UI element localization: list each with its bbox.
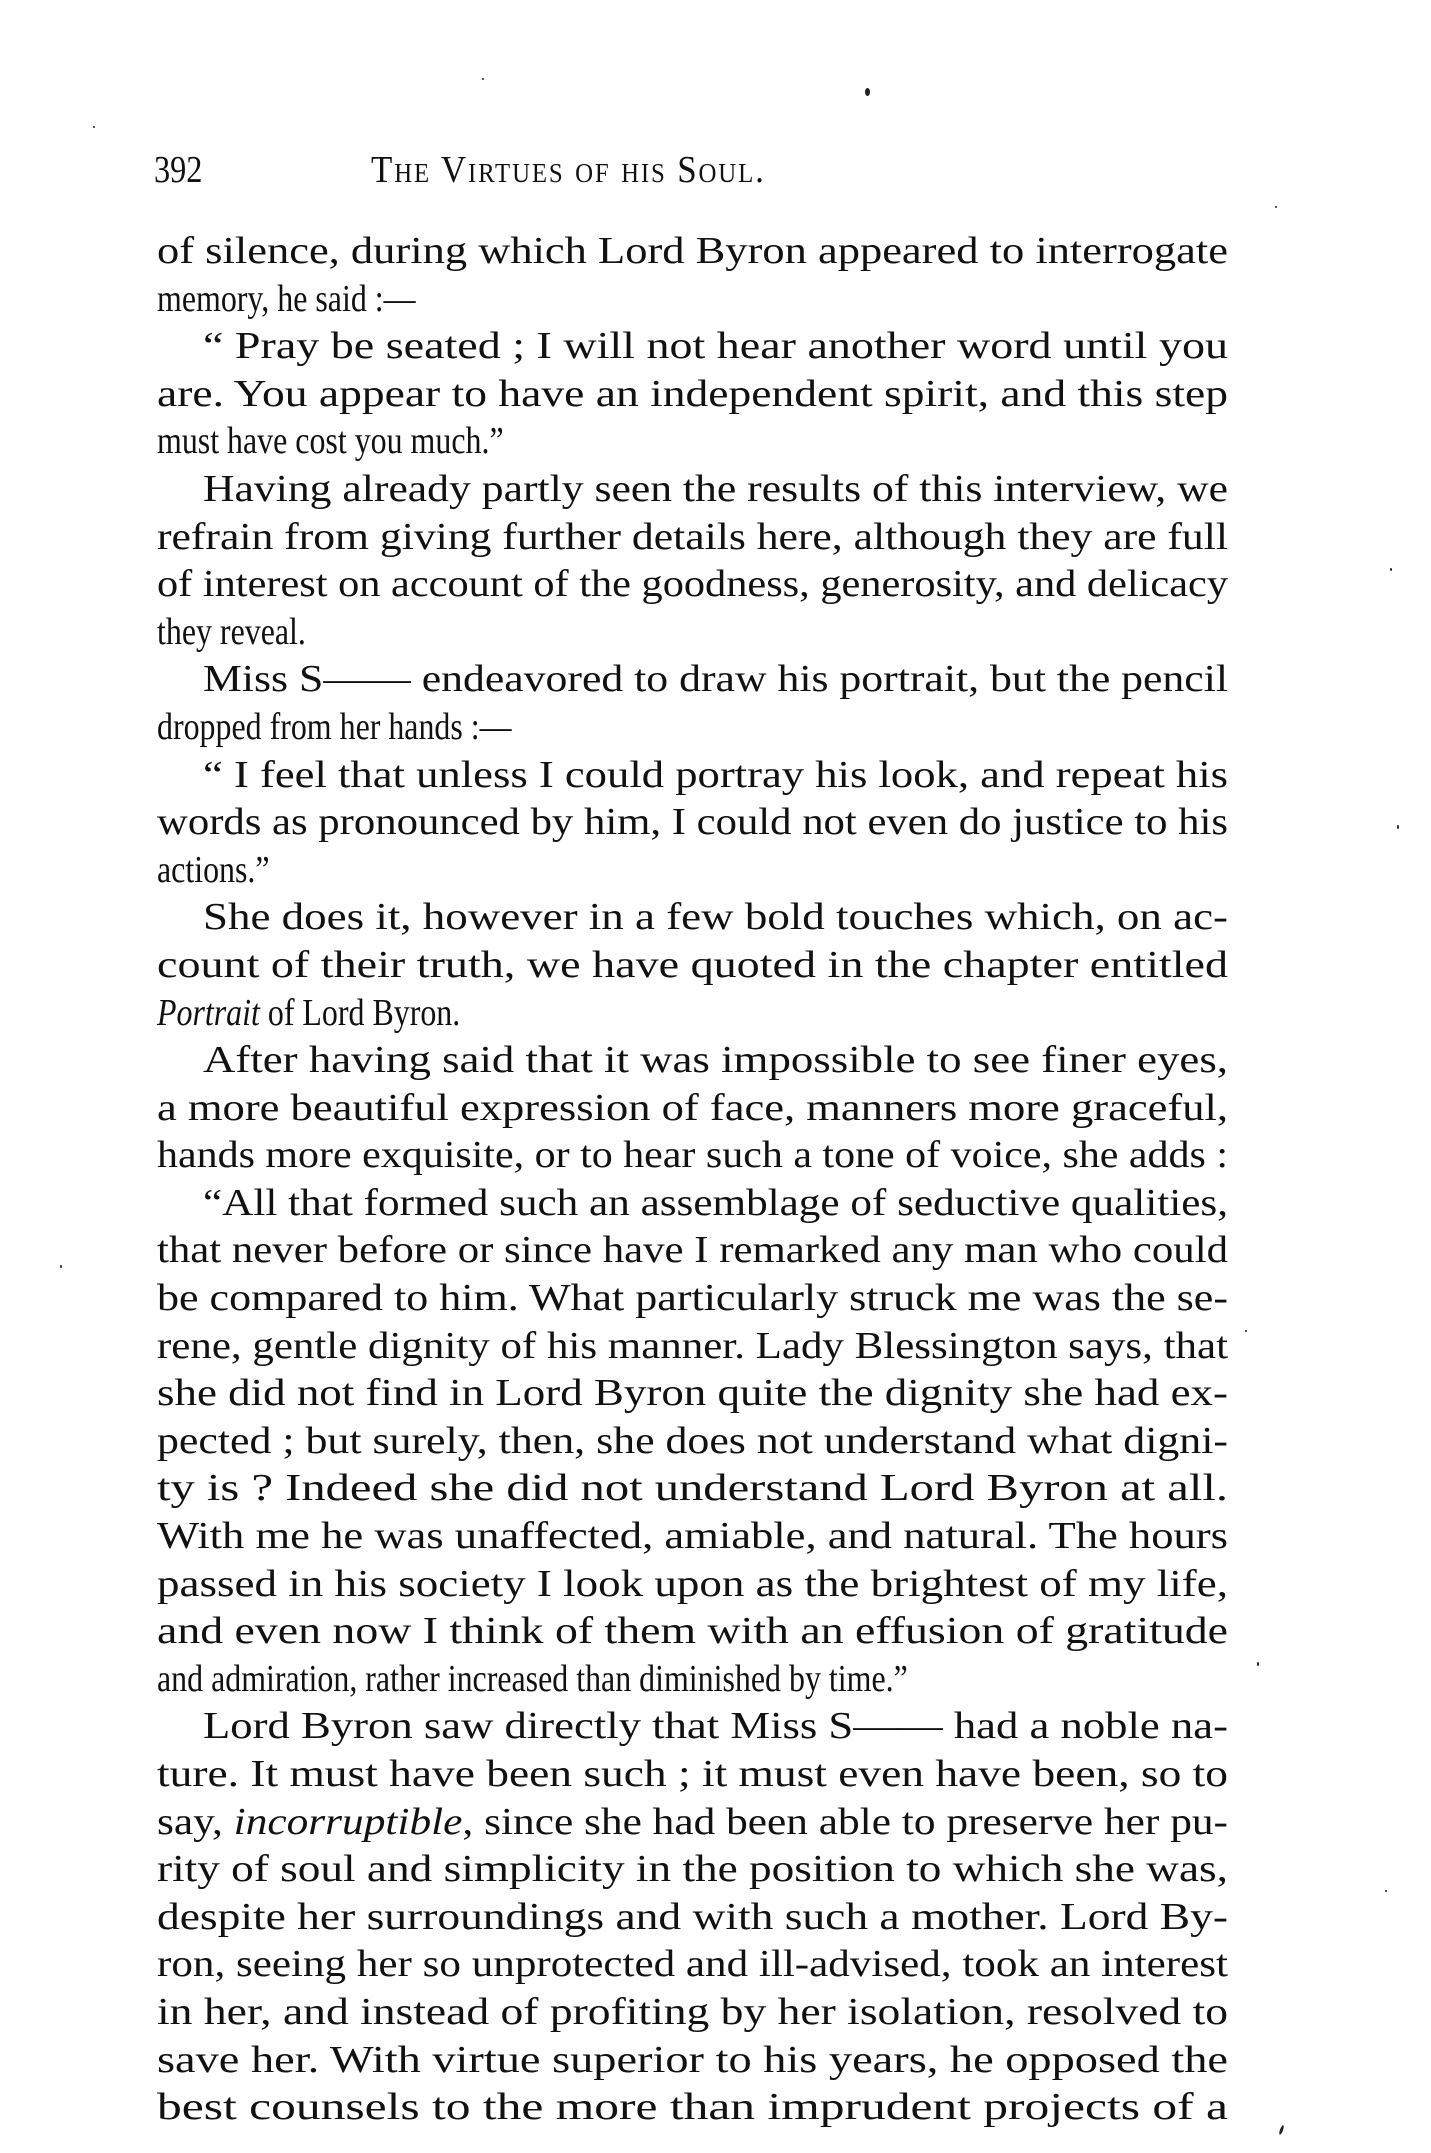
line-text: words as pronounced by him, I could not … bbox=[157, 799, 1228, 847]
text-line: must have cost you much.” bbox=[157, 418, 1228, 466]
text-line: passed in his society I look upon as the… bbox=[157, 1561, 1228, 1609]
line-text: a more beautiful expression of face, man… bbox=[157, 1085, 1228, 1133]
line-text: passed in his society I look upon as the… bbox=[157, 1561, 1228, 1609]
line-text: and even now I think of them with an eff… bbox=[157, 1608, 1228, 1656]
text-line: in her, and instead of profiting by her … bbox=[157, 1989, 1228, 2037]
text-line: and even now I think of them with an eff… bbox=[157, 1608, 1228, 1656]
text-line: and admiration, rather increased than di… bbox=[157, 1656, 1228, 1704]
line-text: hands more exquisite, or to hear such a … bbox=[157, 1132, 1228, 1180]
line-text: “All that formed such an assemblage of s… bbox=[203, 1180, 1228, 1228]
scan-speck bbox=[1385, 1890, 1387, 1892]
line-text: dropped from her hands :— bbox=[157, 704, 512, 752]
text-line: say, incorruptible, since she had been a… bbox=[157, 1799, 1228, 1847]
line-text: must have cost you much.” bbox=[157, 418, 504, 466]
line-text: be compared to him. What particularly st… bbox=[157, 1275, 1228, 1323]
line-text: She does it, however in a few bold touch… bbox=[203, 894, 1228, 942]
line-text: refrain from giving further details here… bbox=[157, 514, 1228, 562]
text-line: ty is ? Indeed she did not understand Lo… bbox=[157, 1465, 1228, 1513]
line-text: pected ; but surely, then, she does not … bbox=[157, 1418, 1228, 1466]
running-title: The Virtues of his Soul. bbox=[371, 150, 766, 190]
line-text: rity of soul and simplicity in the posit… bbox=[157, 1846, 1228, 1894]
italic-term: incorruptible bbox=[234, 1801, 463, 1843]
line-text: With me he was unaffected, amiable, and … bbox=[157, 1513, 1228, 1561]
text-line: count of their truth, we have quoted in … bbox=[157, 942, 1228, 990]
text-line: they reveal. bbox=[157, 609, 1228, 657]
line-text: say, incorruptible, since she had been a… bbox=[157, 1799, 1228, 1847]
line-text: in her, and instead of profiting by her … bbox=[157, 1989, 1228, 2037]
line-text: of interest on account of the goodness, … bbox=[157, 561, 1228, 609]
text-line: are. You appear to have an independent s… bbox=[157, 371, 1228, 419]
line-text: ty is ? Indeed she did not understand Lo… bbox=[157, 1465, 1228, 1513]
text-line: be compared to him. What particularly st… bbox=[157, 1275, 1228, 1323]
text-line: refrain from giving further details here… bbox=[157, 514, 1228, 562]
line-text: memory, he said :— bbox=[157, 276, 416, 324]
text-line: Portrait of Lord Byron. bbox=[157, 990, 1228, 1038]
line-text: that never before or since have I remark… bbox=[157, 1227, 1228, 1275]
scan-speck bbox=[60, 1265, 62, 1268]
text-line: hands more exquisite, or to hear such a … bbox=[157, 1132, 1228, 1180]
text-line: actions.” bbox=[157, 847, 1228, 895]
text-line: She does it, however in a few bold touch… bbox=[157, 894, 1228, 942]
text-line: “All that formed such an assemblage of s… bbox=[157, 1180, 1228, 1228]
line-text: save her. With virtue superior to his ye… bbox=[157, 2037, 1228, 2085]
line-text: actions.” bbox=[157, 847, 270, 895]
scan-speck bbox=[1397, 825, 1399, 829]
page-header: 392 The Virtues of his Soul. bbox=[154, 150, 1228, 190]
line-text: “ Pray be seated ; I will not hear anoth… bbox=[203, 323, 1228, 371]
line-text: ture. It must have been such ; it must e… bbox=[157, 1751, 1228, 1799]
line-text: of silence, during which Lord Byron appe… bbox=[157, 228, 1228, 276]
text-line: After having said that it was impossible… bbox=[157, 1037, 1228, 1085]
text-line: dropped from her hands :— bbox=[157, 704, 1228, 752]
scan-speck bbox=[93, 126, 95, 128]
line-text: and admiration, rather increased than di… bbox=[157, 1656, 908, 1704]
text-line: Miss S—— endeavored to draw his portrait… bbox=[157, 656, 1228, 704]
text-line: Lord Byron saw directly that Miss S—— ha… bbox=[157, 1703, 1228, 1751]
text-line: memory, he said :— bbox=[157, 276, 1228, 324]
line-text: ron, seeing her so unprotected and ill-a… bbox=[157, 1941, 1228, 1989]
text-line: ture. It must have been such ; it must e… bbox=[157, 1751, 1228, 1799]
line-text: count of their truth, we have quoted in … bbox=[157, 942, 1228, 990]
text-line: she did not find in Lord Byron quite the… bbox=[157, 1370, 1228, 1418]
line-text: they reveal. bbox=[157, 609, 306, 657]
line-text: Having already partly seen the results o… bbox=[203, 466, 1228, 514]
line-text: despite her surroundings and with such a… bbox=[157, 1894, 1228, 1942]
italic-term: Portrait bbox=[157, 992, 260, 1034]
scan-speck bbox=[1278, 2125, 1284, 2135]
text-line: save her. With virtue superior to his ye… bbox=[157, 2037, 1228, 2085]
line-text: are. You appear to have an independent s… bbox=[157, 371, 1228, 419]
text-line: “ I feel that unless I could portray his… bbox=[157, 752, 1228, 800]
scan-speck bbox=[865, 88, 870, 96]
page-body: of silence, during which Lord Byron appe… bbox=[157, 228, 1228, 2132]
text-line: of silence, during which Lord Byron appe… bbox=[157, 228, 1228, 276]
text-line: despite her surroundings and with such a… bbox=[157, 1894, 1228, 1942]
text-line: Having already partly seen the results o… bbox=[157, 466, 1228, 514]
scan-speck bbox=[482, 78, 484, 80]
text-line: rene, gentle dignity of his manner. Lady… bbox=[157, 1323, 1228, 1371]
line-text: “ I feel that unless I could portray his… bbox=[203, 752, 1228, 800]
line-text: best counsels to the more than imprudent… bbox=[157, 2084, 1228, 2132]
scan-speck bbox=[1390, 568, 1392, 571]
line-text: Miss S—— endeavored to draw his portrait… bbox=[203, 656, 1228, 704]
text-line: “ Pray be seated ; I will not hear anoth… bbox=[157, 323, 1228, 371]
line-text: Portrait of Lord Byron. bbox=[157, 990, 460, 1038]
text-line: words as pronounced by him, I could not … bbox=[157, 799, 1228, 847]
text-line: ron, seeing her so unprotected and ill-a… bbox=[157, 1941, 1228, 1989]
text-line: rity of soul and simplicity in the posit… bbox=[157, 1846, 1228, 1894]
text-line: With me he was unaffected, amiable, and … bbox=[157, 1513, 1228, 1561]
line-text: she did not find in Lord Byron quite the… bbox=[157, 1370, 1228, 1418]
text-line: pected ; but surely, then, she does not … bbox=[157, 1418, 1228, 1466]
scan-speck bbox=[1245, 1330, 1247, 1332]
scan-speck bbox=[1275, 206, 1277, 208]
scan-speck bbox=[1257, 1662, 1259, 1666]
line-text: rene, gentle dignity of his manner. Lady… bbox=[157, 1323, 1228, 1371]
text-line: that never before or since have I remark… bbox=[157, 1227, 1228, 1275]
text-line: a more beautiful expression of face, man… bbox=[157, 1085, 1228, 1133]
line-text: Lord Byron saw directly that Miss S—— ha… bbox=[203, 1703, 1228, 1751]
text-line: best counsels to the more than imprudent… bbox=[157, 2084, 1228, 2132]
line-text: After having said that it was impossible… bbox=[203, 1037, 1228, 1085]
page-number: 392 bbox=[154, 150, 202, 190]
text-line: of interest on account of the goodness, … bbox=[157, 561, 1228, 609]
